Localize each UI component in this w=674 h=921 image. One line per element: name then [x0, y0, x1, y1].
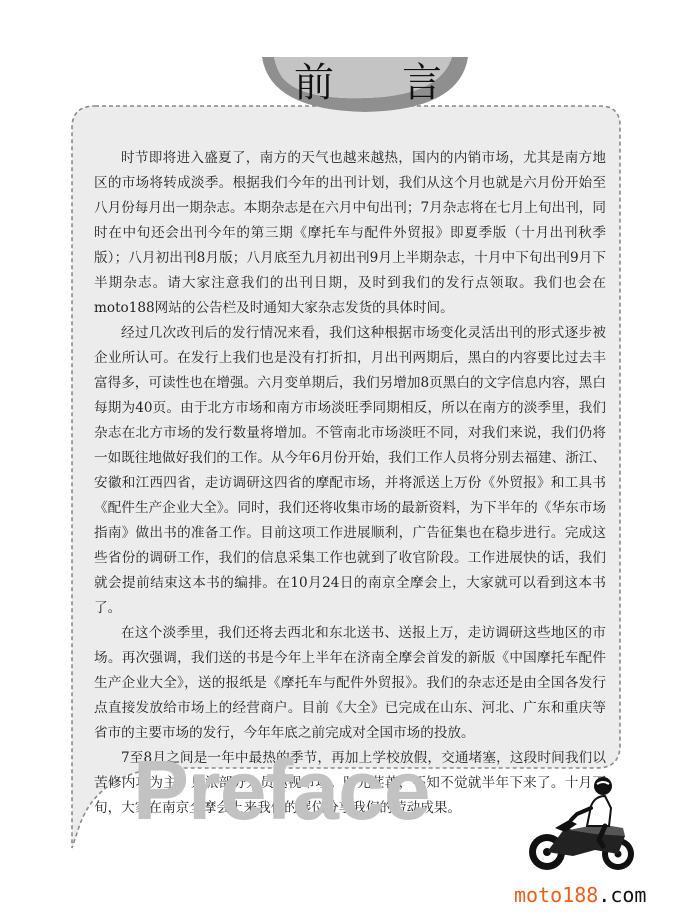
- paragraph-1: 时节即将进入盛夏了，南方的天气也越来越热，国内的内销市场，尤其是南方地区的市场将…: [94, 146, 606, 321]
- paragraph-3: 在这个淡季里，我们还将去西北和东北送书、送报上万，走访调研这些地区的市场。再次强…: [94, 621, 606, 746]
- brand-logo: moto188.com: [514, 883, 646, 907]
- preface-body: 时节即将进入盛夏了，南方的天气也越来越热，国内的内销市场，尤其是南方地区的市场将…: [94, 146, 606, 821]
- title-char-1: 前: [294, 60, 334, 106]
- paragraph-2: 经过几次改刊后的发行情况来看，我们这种根据市场变化灵活出刊的形式逐步被企业所认可…: [94, 321, 606, 621]
- motorcycle-rider-icon: [525, 770, 645, 880]
- title-char-2: 言: [402, 60, 442, 106]
- brand-name: moto188: [514, 883, 598, 907]
- brand-suffix: .com: [598, 883, 646, 907]
- preface-watermark: Preface: [133, 748, 430, 832]
- page-title: 前 言: [280, 60, 452, 106]
